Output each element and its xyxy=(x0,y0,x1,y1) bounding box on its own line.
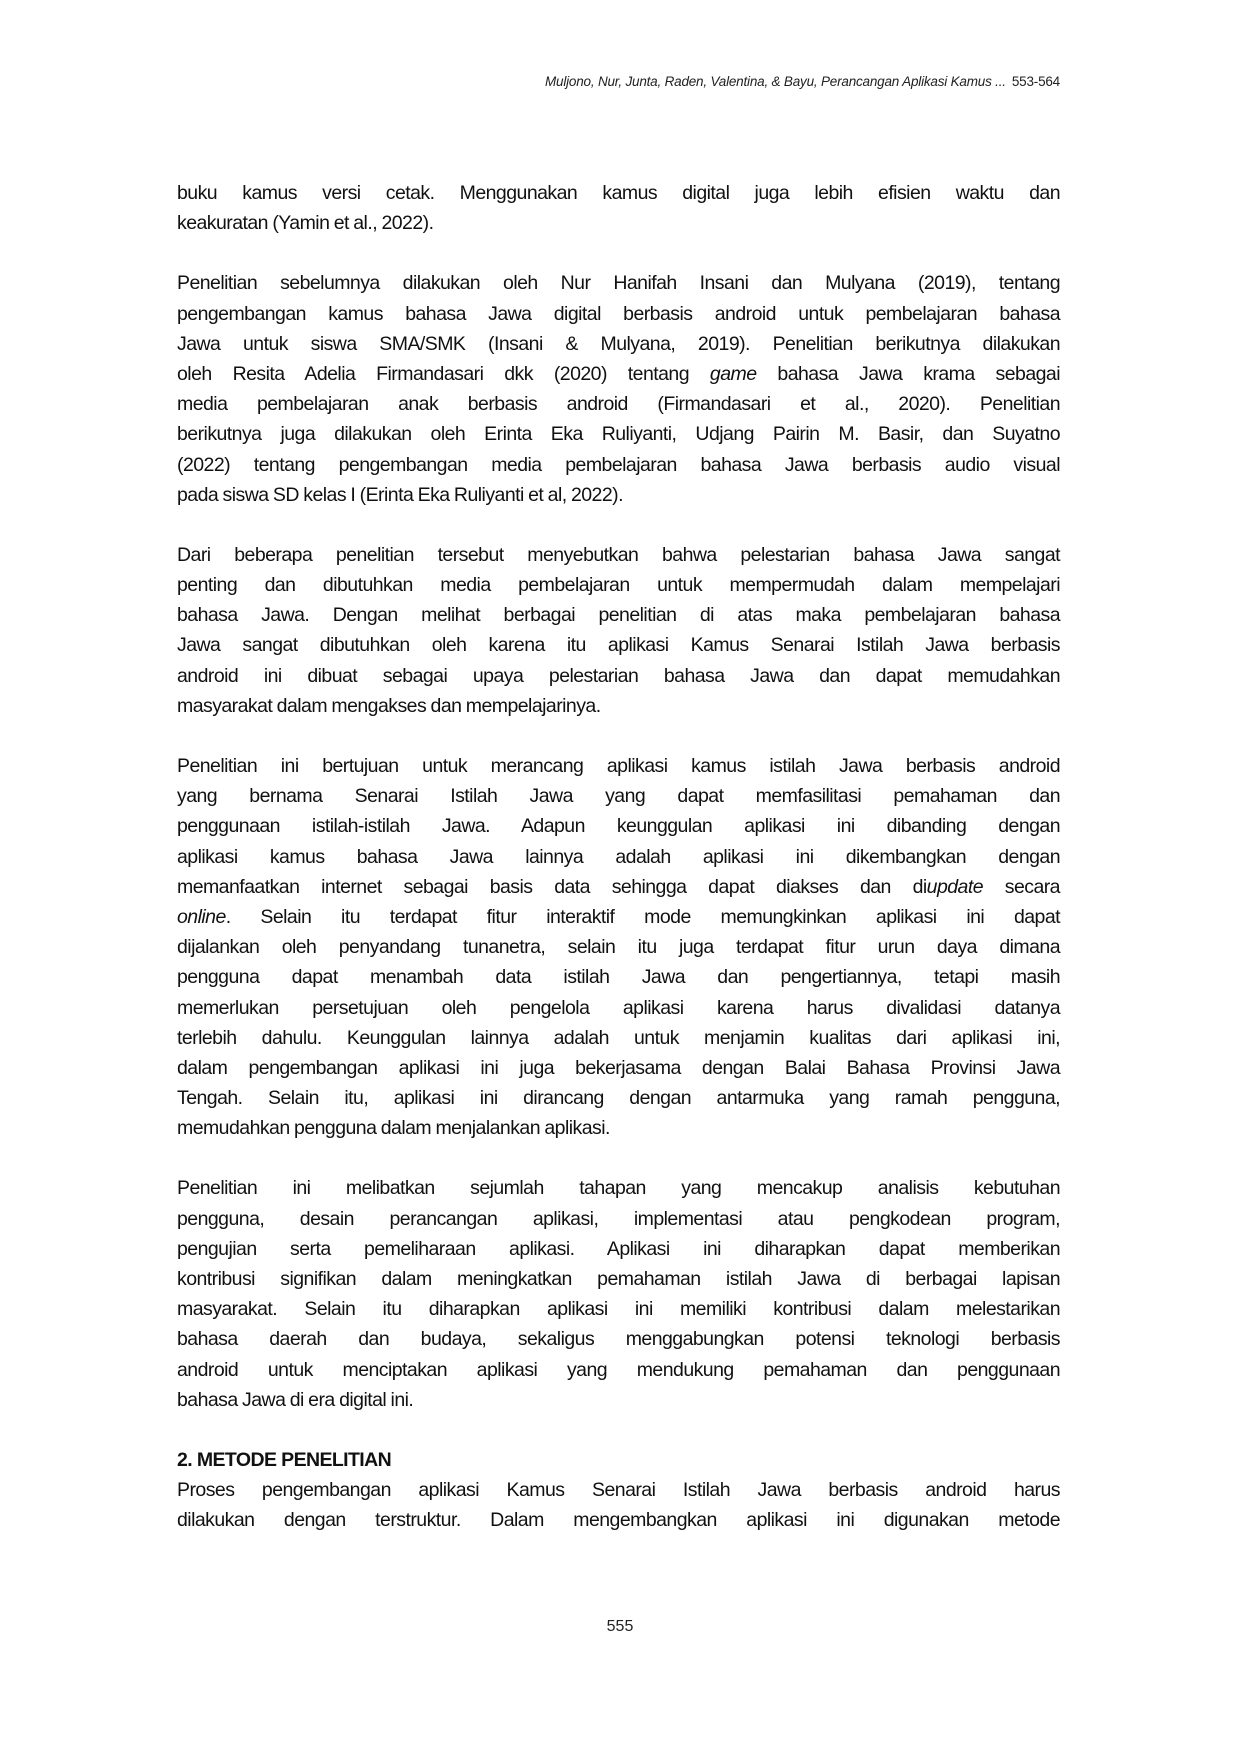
text-line: Penelitian ini melibatkan sejumlah tahap… xyxy=(177,1173,1060,1203)
text-line: keakuratan (Yamin et al., 2022). xyxy=(177,208,1060,238)
text-line: pengembangan kamus bahasa Jawa digital b… xyxy=(177,299,1060,329)
text-line: Tengah. Selain itu, aplikasi ini diranca… xyxy=(177,1083,1060,1113)
text-line: buku kamus versi cetak. Menggunakan kamu… xyxy=(177,178,1060,208)
text-line: masyarakat. Selain itu diharapkan aplika… xyxy=(177,1294,1060,1324)
text-line: memerlukan persetujuan oleh pengelola ap… xyxy=(177,993,1060,1023)
text-line: Proses pengembangan aplikasi Kamus Senar… xyxy=(177,1475,1060,1505)
text-line: bahasa daerah dan budaya, sekaligus meng… xyxy=(177,1324,1060,1354)
section-paragraph: Proses pengembangan aplikasi Kamus Senar… xyxy=(177,1475,1060,1535)
text-line: dalam pengembangan aplikasi ini juga bek… xyxy=(177,1053,1060,1083)
paragraph-list: buku kamus versi cetak. Menggunakan kamu… xyxy=(177,178,1060,1415)
text-line: Jawa untuk siswa SMA/SMK (Insani & Mulya… xyxy=(177,329,1060,359)
paragraph: Dari beberapa penelitian tersebut menyeb… xyxy=(177,540,1060,721)
text-line: aplikasi kamus bahasa Jawa lainnya adala… xyxy=(177,842,1060,872)
italic-term: update xyxy=(927,876,983,898)
text-line: oleh Resita Adelia Firmandasari dkk (202… xyxy=(177,359,1060,389)
text-line: pada siswa SD kelas I (Erinta Eka Ruliya… xyxy=(177,480,1060,510)
paragraph: Penelitian ini melibatkan sejumlah tahap… xyxy=(177,1173,1060,1415)
text-line: bahasa Jawa di era digital ini. xyxy=(177,1385,1060,1415)
text-line: Penelitian ini bertujuan untuk merancang… xyxy=(177,751,1060,781)
text-line: dijalankan oleh penyandang tunanetra, se… xyxy=(177,932,1060,962)
text-line: memanfaatkan internet sebagai basis data… xyxy=(177,872,1060,902)
text-line: berikutnya juga dilakukan oleh Erinta Ek… xyxy=(177,419,1060,449)
italic-term: online xyxy=(177,906,226,928)
running-header: Muljono, Nur, Junta, Raden, Valentina, &… xyxy=(545,74,1060,89)
text-line: Jawa sangat dibutuhkan oleh karena itu a… xyxy=(177,630,1060,660)
paragraph: Penelitian sebelumnya dilakukan oleh Nur… xyxy=(177,268,1060,510)
text-line: bahasa Jawa. Dengan melihat berbagai pen… xyxy=(177,600,1060,630)
text-line: Penelitian sebelumnya dilakukan oleh Nur… xyxy=(177,268,1060,298)
italic-term: game xyxy=(710,363,757,385)
text-line: dilakukan dengan terstruktur. Dalam meng… xyxy=(177,1505,1060,1535)
text-line: (2022) tentang pengembangan media pembel… xyxy=(177,450,1060,480)
text-line: penggunaan istilah-istilah Jawa. Adapun … xyxy=(177,811,1060,841)
text-line: penting dan dibutuhkan media pembelajara… xyxy=(177,570,1060,600)
text-line: android ini dibuat sebagai upaya pelesta… xyxy=(177,661,1060,691)
text-line: pengujian serta pemeliharaan aplikasi. A… xyxy=(177,1234,1060,1264)
text-line: yang bernama Senarai Istilah Jawa yang d… xyxy=(177,781,1060,811)
paragraph: buku kamus versi cetak. Menggunakan kamu… xyxy=(177,178,1060,238)
text-line: memudahkan pengguna dalam menjalankan ap… xyxy=(177,1113,1060,1143)
text-line: pengguna dapat menambah data istilah Jaw… xyxy=(177,962,1060,992)
running-title: Muljono, Nur, Junta, Raden, Valentina, &… xyxy=(545,74,1006,89)
text-line: online. Selain itu terdapat fitur intera… xyxy=(177,902,1060,932)
text-line: pengguna, desain perancangan aplikasi, i… xyxy=(177,1204,1060,1234)
article-body: buku kamus versi cetak. Menggunakan kamu… xyxy=(177,178,1060,1566)
section-heading: 2. METODE PENELITIAN xyxy=(177,1445,1060,1475)
text-line: masyarakat dalam mengakses dan mempelaja… xyxy=(177,691,1060,721)
text-line: kontribusi signifikan dalam meningkatkan… xyxy=(177,1264,1060,1294)
text-line: terlebih dahulu. Keunggulan lainnya adal… xyxy=(177,1023,1060,1053)
text-line: android untuk menciptakan aplikasi yang … xyxy=(177,1355,1060,1385)
paragraph: Penelitian ini bertujuan untuk merancang… xyxy=(177,751,1060,1143)
page-range: 553-564 xyxy=(1012,74,1060,89)
text-line: Dari beberapa penelitian tersebut menyeb… xyxy=(177,540,1060,570)
page-number: 555 xyxy=(0,1618,1240,1636)
text-line: media pembelajaran anak berbasis android… xyxy=(177,389,1060,419)
